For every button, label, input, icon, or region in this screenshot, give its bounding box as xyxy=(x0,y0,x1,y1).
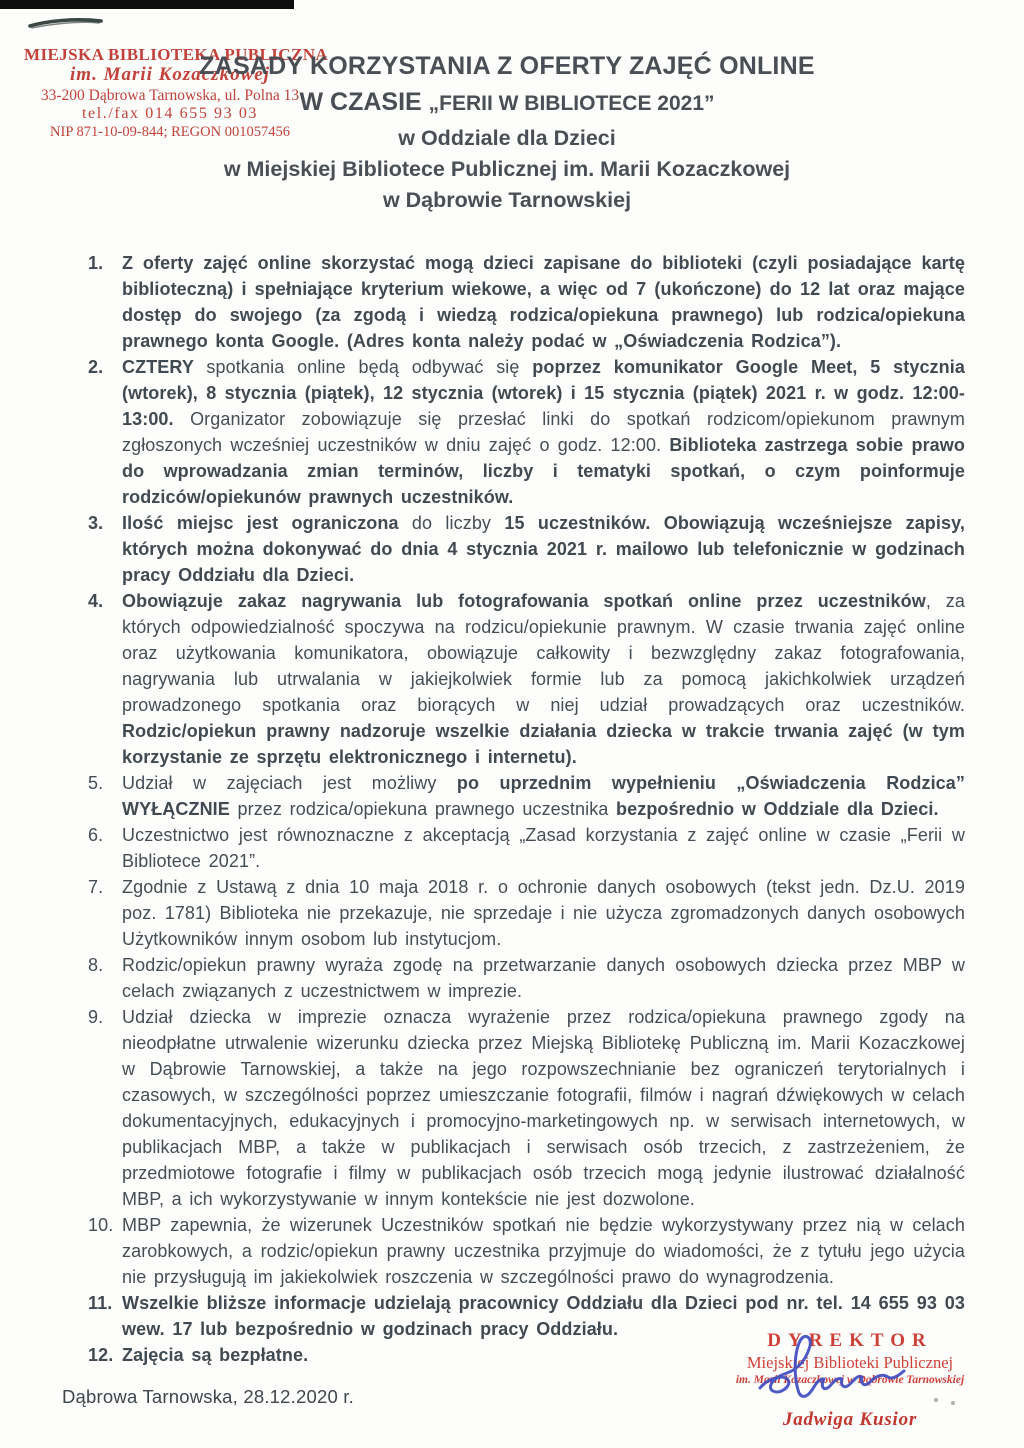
rule-number: 7. xyxy=(88,874,122,952)
rule-item: 5.Udział w zajęciach jest możliwy po upr… xyxy=(88,770,965,822)
rule-number: 5. xyxy=(88,770,122,822)
rule-item: 1.Z oferty zajęć online skorzystać mogą … xyxy=(88,250,965,354)
pen-mark xyxy=(27,13,107,33)
rule-text: Zgodnie z Ustawą z dnia 10 maja 2018 r. … xyxy=(122,874,965,952)
title-line-2: W CZASIE „FERII W BIBLIOTECE 2021” xyxy=(0,88,1014,117)
title-line-1: ZASADY KORZYSTANIA Z OFERTY ZAJĘĆ ONLINE xyxy=(0,52,1014,81)
rule-text: Udział dziecka w imprezie oznacza wyraże… xyxy=(122,1004,965,1212)
rule-text: Uczestnictwo jest równoznaczne z akcepta… xyxy=(122,822,965,874)
rules-list: 1.Z oferty zajęć online skorzystać mogą … xyxy=(88,250,965,1368)
rule-item: 2.CZTERY spotkania online będą odbywać s… xyxy=(88,354,965,510)
rule-number: 11. xyxy=(88,1290,122,1342)
rule-text: Ilość miejsc jest ograniczona do liczby … xyxy=(122,510,965,588)
title-line-2-main: W CZASIE xyxy=(299,88,428,116)
rule-number: 12. xyxy=(88,1342,122,1368)
title-line-3: w Oddziale dla Dzieci xyxy=(0,126,1014,151)
rule-item: 10.MBP zapewnia, że wizerunek Uczestnikó… xyxy=(88,1212,965,1290)
rule-text: Udział w zajęciach jest możliwy po uprze… xyxy=(122,770,965,822)
rule-item: 3.Ilość miejsc jest ograniczona do liczb… xyxy=(88,510,965,588)
ink-speck xyxy=(934,1398,938,1402)
rule-number: 1. xyxy=(88,250,122,354)
rule-number: 6. xyxy=(88,822,122,874)
place-date-line: Dąbrowa Tarnowska, 28.12.2020 r. xyxy=(62,1386,354,1408)
rule-item: 4.Obowiązuje zakaz nagrywania lub fotogr… xyxy=(88,588,965,770)
rule-text: Z oferty zajęć online skorzystać mogą dz… xyxy=(122,250,965,354)
rule-item: 9.Udział dziecka w imprezie oznacza wyra… xyxy=(88,1004,965,1212)
rule-item: 8.Rodzic/opiekun prawny wyraża zgodę na … xyxy=(88,952,965,1004)
rule-text: CZTERY spotkania online będą odbywać się… xyxy=(122,354,965,510)
rule-text: MBP zapewnia, że wizerunek Uczestników s… xyxy=(122,1212,965,1290)
rule-text: Obowiązuje zakaz nagrywania lub fotograf… xyxy=(122,588,965,770)
scanned-document-page: MIEJSKA BIBLIOTEKA PUBLICZNAim. Marii Ko… xyxy=(0,0,1024,1448)
ink-speck xyxy=(951,1401,955,1405)
title-line-4: w Miejskiej Bibliotece Publicznej im. Ma… xyxy=(0,157,1014,182)
document-title: ZASADY KORZYSTANIA Z OFERTY ZAJĘĆ ONLINE… xyxy=(0,52,1014,213)
rule-number: 8. xyxy=(88,952,122,1004)
signer-name: Jadwiga Kusior xyxy=(712,1409,988,1431)
rule-number: 4. xyxy=(88,588,122,770)
handwritten-signature xyxy=(752,1332,922,1410)
rule-number: 10. xyxy=(88,1212,122,1290)
rule-text: Rodzic/opiekun prawny wyraża zgodę na pr… xyxy=(122,952,965,1004)
title-line-5: w Dąbrowie Tarnowskiej xyxy=(0,188,1014,213)
scan-edge-artifact xyxy=(0,0,294,9)
rule-number: 9. xyxy=(88,1004,122,1212)
rule-item: 7.Zgodnie z Ustawą z dnia 10 maja 2018 r… xyxy=(88,874,965,952)
title-line-2-quote: „FERII W BIBLIOTECE 2021” xyxy=(429,92,715,115)
rule-number: 2. xyxy=(88,354,122,510)
rule-number: 3. xyxy=(88,510,122,588)
rule-item: 6.Uczestnictwo jest równoznaczne z akcep… xyxy=(88,822,965,874)
